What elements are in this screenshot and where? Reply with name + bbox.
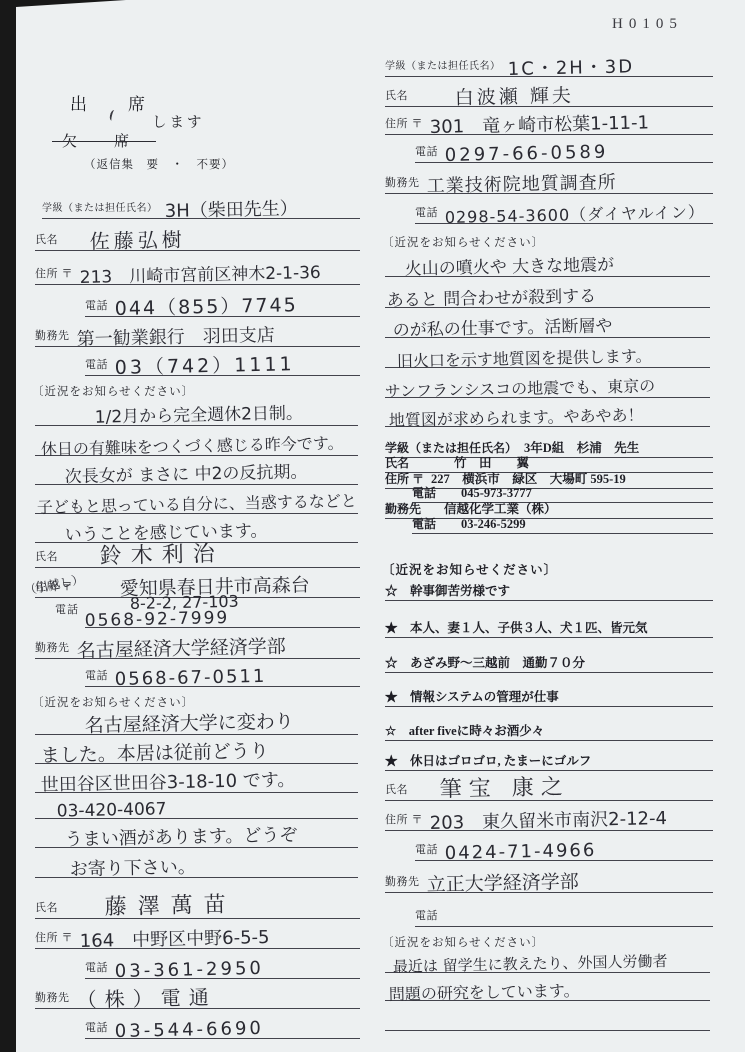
l3-workphone-row: 電話 03-544-6690 — [85, 1012, 360, 1039]
phone-label: 電話 — [415, 911, 438, 922]
name-label: 氏名 — [385, 785, 408, 796]
l2-news-line: 03-420-4067 — [35, 792, 358, 819]
class-label: 学級（または担任氏名） — [385, 442, 517, 454]
r2-news-text: ★ 本人、妻１人、子供３人、犬１匹、皆元気 — [385, 622, 648, 635]
work-label: 勤務先 — [35, 643, 70, 654]
r3-phone-row: 電話 0424-71-4966 — [415, 834, 713, 861]
r2-work-value: 信越化学工業（株） — [428, 503, 557, 516]
work-label: 勤務先 — [35, 331, 70, 342]
r3-address-value: 203 東久留米市南沢2-12-4 — [430, 810, 667, 832]
absent-option-struck: 欠 席 — [62, 130, 140, 151]
r2-news-text: ★ 休日はゴロゴロ, たまーにゴルフ — [385, 755, 591, 768]
r2-name-row: 氏名 竹 田 翼 — [385, 458, 713, 473]
r1-news-line: 旧火口を示す地質図を提供します。 — [385, 338, 710, 368]
l1-news-line: 次長女が まさに 中2の反抗期。 — [35, 458, 358, 485]
r3-workphone-row: 電話 — [415, 900, 713, 927]
r1-news-text: サンフランシスコの地震でも、東京の — [385, 378, 656, 399]
r2-news-line: ★ 情報システムの管理が仕事 — [385, 682, 713, 707]
r3-name-row: 氏名 筆宝 康之 — [385, 772, 713, 801]
r2-phone-row: 電話 045-973-3777 — [412, 489, 713, 503]
r3-work-row: 勤務先 立正大学経済学部 — [385, 864, 713, 893]
l2-work-row: 勤務先 名古屋経済大学経済学部 — [35, 630, 360, 659]
l2-news-text: お寄り下さい。 — [35, 859, 196, 879]
r2-workphone-row: 電話 03-246-5299 — [412, 519, 713, 534]
l2-phone-row: 0568-92-7999 — [85, 610, 360, 628]
phone-label: 電話 — [415, 147, 438, 158]
r3-news-line: 問題の研究をしています。 — [385, 974, 710, 1001]
l2-name-value: 鈴木利治 — [65, 545, 224, 569]
document-id: H0105 — [612, 16, 683, 33]
r1-news-text: あると 問合わせが殺到する — [385, 288, 597, 309]
r1-address-row: 住所 〒 301 竜ヶ崎市松葉1-11-1 — [385, 108, 713, 135]
r2-workphone-value: 03-246-5299 — [443, 518, 526, 531]
l3-name-value: 藤澤萬苗 — [65, 896, 237, 920]
name-label: 氏名 — [385, 91, 408, 102]
l3-address-value: 164 中野区中野6-5-5 — [80, 929, 270, 950]
phone-label: 電話 — [412, 518, 436, 530]
l1-name-value: 佐藤弘樹 — [65, 230, 186, 252]
l1-address-row: 住所 〒 213 川崎市宮前区神木2-1-36 — [35, 254, 360, 285]
class-label: 学級（または担任氏名） — [385, 62, 501, 72]
l2-news-line: お寄り下さい。 — [35, 848, 358, 878]
r1-news-text: 地質図が求められます。やあやあ！ — [385, 407, 644, 428]
l1-news-text: 1/2月から完全週休2日制。 — [35, 405, 303, 427]
l1-news-line: いうことを感じています。 — [35, 516, 358, 543]
address-label: 住所 〒 — [385, 815, 423, 826]
l1-work-value: 第一勧業銀行 羽田支店 — [76, 327, 274, 348]
l1-work-row: 勤務先 第一勧業銀行 羽田支店 — [35, 318, 360, 347]
r1-news-line: サンフランシスコの地震でも、東京の — [385, 368, 710, 398]
l2-news-text: 名古屋経済大学に変わり — [35, 713, 294, 736]
l2-news-line: 名古屋経済大学に変わり — [35, 706, 358, 735]
r3-news-text: 問題の研究をしています。 — [385, 983, 580, 1002]
l3-workphone-value: 03-544-6690 — [115, 1020, 264, 1040]
r1-address-value: 301 竜ヶ崎市松葉1-11-1 — [430, 114, 649, 136]
l3-phone-value: 03-361-2950 — [115, 960, 264, 980]
r1-work-row: 勤務先 工業技術院地質調査所 — [385, 164, 713, 194]
work-label: 勤務先 — [385, 877, 420, 888]
news-label: 〔近況をお知らせください〕 — [32, 383, 194, 399]
l1-phone-value: 044（855）7745 — [115, 296, 298, 318]
r1-workphone-value: 0298-54-3600（ダイヤルイン） — [445, 204, 705, 225]
l3-address-row: 住所 〒 164 中野区中野6-5-5 — [35, 920, 360, 949]
r3-work-value: 立正大学経済学部 — [426, 873, 578, 894]
l2-workphone-row: 電話 0568-67-0511 — [85, 660, 360, 687]
r2-news-line: ★ 本人、妻１人、子供３人、犬１匹、皆元気 — [385, 612, 713, 638]
l1-news-line: 1/2月から完全週休2日制。 — [35, 398, 358, 426]
r2-class-value: 3年D組 杉浦 先生 — [524, 442, 639, 455]
name-label: 氏名 — [385, 457, 409, 469]
r1-news-text: 旧火口を示す地質図を提供します。 — [385, 348, 652, 369]
r3-address-row: 住所 〒 203 東久留米市南沢2-12-4 — [385, 802, 713, 831]
r2-news-line: ☆ after fiveに時々お酒少々 — [385, 716, 713, 741]
l3-phone-row: 電話 03-361-2950 — [85, 950, 360, 979]
l1-news-text: 休日の有難味をつくづく感じる昨今です。 — [35, 435, 344, 457]
address-label: 住所 〒 — [385, 119, 423, 130]
l1-class-row: 学級（または担任氏名） 3H（柴田先生） — [42, 190, 360, 219]
l1-news-text: 次長女が まさに 中2の反抗期。 — [35, 464, 308, 486]
l1-phone-row: 電話 044（855）7745 — [85, 288, 360, 317]
r2-news-line: ☆ あざみ野～三越前 通勤７０分 — [385, 647, 713, 673]
l2-news-line: ました。本居は従前どうり — [35, 735, 358, 764]
l2-news-line: うまい酒があります。どうぞ — [35, 819, 358, 848]
phone-label: 電話 — [85, 301, 108, 312]
phone-label: 電話 — [55, 601, 79, 617]
r1-phone-row: 電話 0297-66-0589 — [415, 136, 713, 163]
r3-news-line: 最近は 留学生に教えたり、外国人労働者 — [385, 946, 710, 973]
r1-news-text: のが私の仕事です。活断層や — [385, 318, 613, 339]
work-label: 勤務先 — [385, 503, 421, 515]
phone-label: 電話 — [85, 671, 108, 682]
r1-phone-value: 0297-66-0589 — [445, 143, 609, 164]
name-label: 氏名 — [35, 552, 58, 563]
strikethrough-line — [52, 141, 156, 142]
r3-phone-value: 0424-71-4966 — [445, 842, 597, 862]
l2-news-text: うまい酒があります。どうぞ — [35, 826, 298, 849]
r1-news-line: のが私の仕事です。活断層や — [385, 308, 710, 338]
scanned-reply-form-page: H0105 出 席 します 欠 席 （返信集 要 ・ 不要） 学級（または担任氏… — [0, 0, 745, 1052]
r3-news-text: 最近は 留学生に教えたり、外国人労働者 — [385, 954, 668, 974]
l2-news-text: ました。本居は従前どうり — [35, 742, 269, 765]
phone-label: 電話 — [85, 1023, 108, 1034]
r2-address-value: 227 横浜市 緑区 大場町 595-19 — [431, 473, 626, 486]
l1-class-value: 3H（柴田先生） — [164, 200, 297, 220]
work-label: 勤務先 — [35, 993, 70, 1004]
r1-workphone-row: 電話 0298-54-3600（ダイヤルイン） — [415, 196, 713, 224]
r1-name-value: 白波瀬 輝夫 — [415, 87, 574, 108]
phone-label: 電話 — [85, 963, 108, 974]
l2-work-value: 名古屋経済大学経済学部 — [76, 638, 285, 660]
address-label: 住所 〒 — [35, 933, 73, 944]
l2-phone-value: 0568-92-7999 — [85, 610, 230, 629]
name-label: 氏名 — [35, 235, 58, 246]
scan-corner-shadow — [16, 0, 126, 7]
l2-name-row: 氏名 鈴木利治 — [35, 540, 360, 568]
l1-news-line: 子どもと思っている自分に、当惑するなどと — [35, 487, 358, 514]
r1-class-row: 学級（または担任氏名） 1C・2H・3D — [385, 50, 713, 77]
attend-option: 出 席 — [70, 90, 157, 115]
work-label: 勤務先 — [385, 178, 420, 189]
l3-work-value: （株）電通 — [76, 988, 216, 1010]
l1-name-row: 氏名 佐藤弘樹 — [35, 224, 360, 251]
r2-news-text: ☆ after fiveに時々お酒少々 — [385, 725, 544, 738]
address-label: 住所 〒 — [35, 269, 73, 280]
r1-class-value: 1C・2H・3D — [507, 58, 634, 78]
r2-news-text: ☆ 幹事御苦労様です — [385, 585, 510, 598]
l2-news-line: 世田谷区世田谷3-18-10 です。 — [35, 764, 358, 793]
r3-news-line — [385, 1004, 710, 1031]
reply-note: （返信集 要 ・ 不要） — [84, 156, 234, 172]
r1-work-value: 工業技術院地質調査所 — [426, 174, 616, 195]
l2-news-text: 世田谷区世田谷3-18-10 です。 — [35, 771, 296, 794]
l2-news-text: 03-420-4067 — [35, 801, 167, 820]
r3-name-value: 筆宝 康之 — [415, 778, 570, 802]
l1-workphone-row: 電話 03（742）1111 — [85, 348, 360, 376]
r1-news-text: 火山の噴火や 大きな地震が — [385, 257, 615, 278]
l1-news-text: 子どもと思っている自分に、当惑するなどと — [35, 493, 357, 515]
r2-phone-value: 045-973-3777 — [443, 487, 532, 500]
phone-label: 電話 — [415, 845, 438, 856]
l1-workphone-value: 03（742）1111 — [115, 355, 295, 377]
r2-news-line: ☆ 幹事御苦労様です — [385, 576, 713, 601]
scan-edge-strip — [0, 0, 16, 1052]
l3-work-row: 勤務先 （株）電通 — [35, 980, 360, 1009]
phone-label: 電話 — [85, 360, 108, 371]
l1-address-value: 213 川崎市宮前区神木2-1-36 — [80, 265, 321, 286]
l2-address2-row: 8-2-2, 27-103 — [130, 596, 360, 609]
r1-news-line: あると 問合わせが殺到する — [385, 278, 710, 308]
address-label: 住所 〒 — [385, 473, 424, 485]
phone-label: 電話 — [412, 487, 436, 499]
l1-news-line: 休日の有難味をつくづく感じる昨今です。 — [35, 428, 358, 456]
phone-label: 電話 — [415, 208, 438, 219]
class-label: 学級（または担任氏名） — [42, 204, 158, 214]
r2-name-value: 竹 田 翼 — [416, 457, 529, 470]
name-label: 氏名 — [35, 903, 58, 914]
r1-news-line: 地質図が求められます。やあやあ！ — [385, 398, 710, 427]
r1-name-row: 氏名 白波瀬 輝夫 — [385, 80, 713, 107]
r2-news-text: ★ 情報システムの管理が仕事 — [385, 691, 559, 704]
l3-name-row: 氏名 藤澤萬苗 — [35, 890, 360, 919]
l2-workphone-value: 0568-67-0511 — [115, 668, 267, 688]
r2-news-text: ☆ あざみ野～三越前 通勤７０分 — [385, 657, 585, 670]
attend-suffix: します — [152, 111, 205, 132]
r1-news-line: 火山の噴火や 大きな地震が — [385, 248, 710, 277]
r2-news-line: ★ 休日はゴロゴロ, たまーにゴルフ — [385, 748, 713, 771]
